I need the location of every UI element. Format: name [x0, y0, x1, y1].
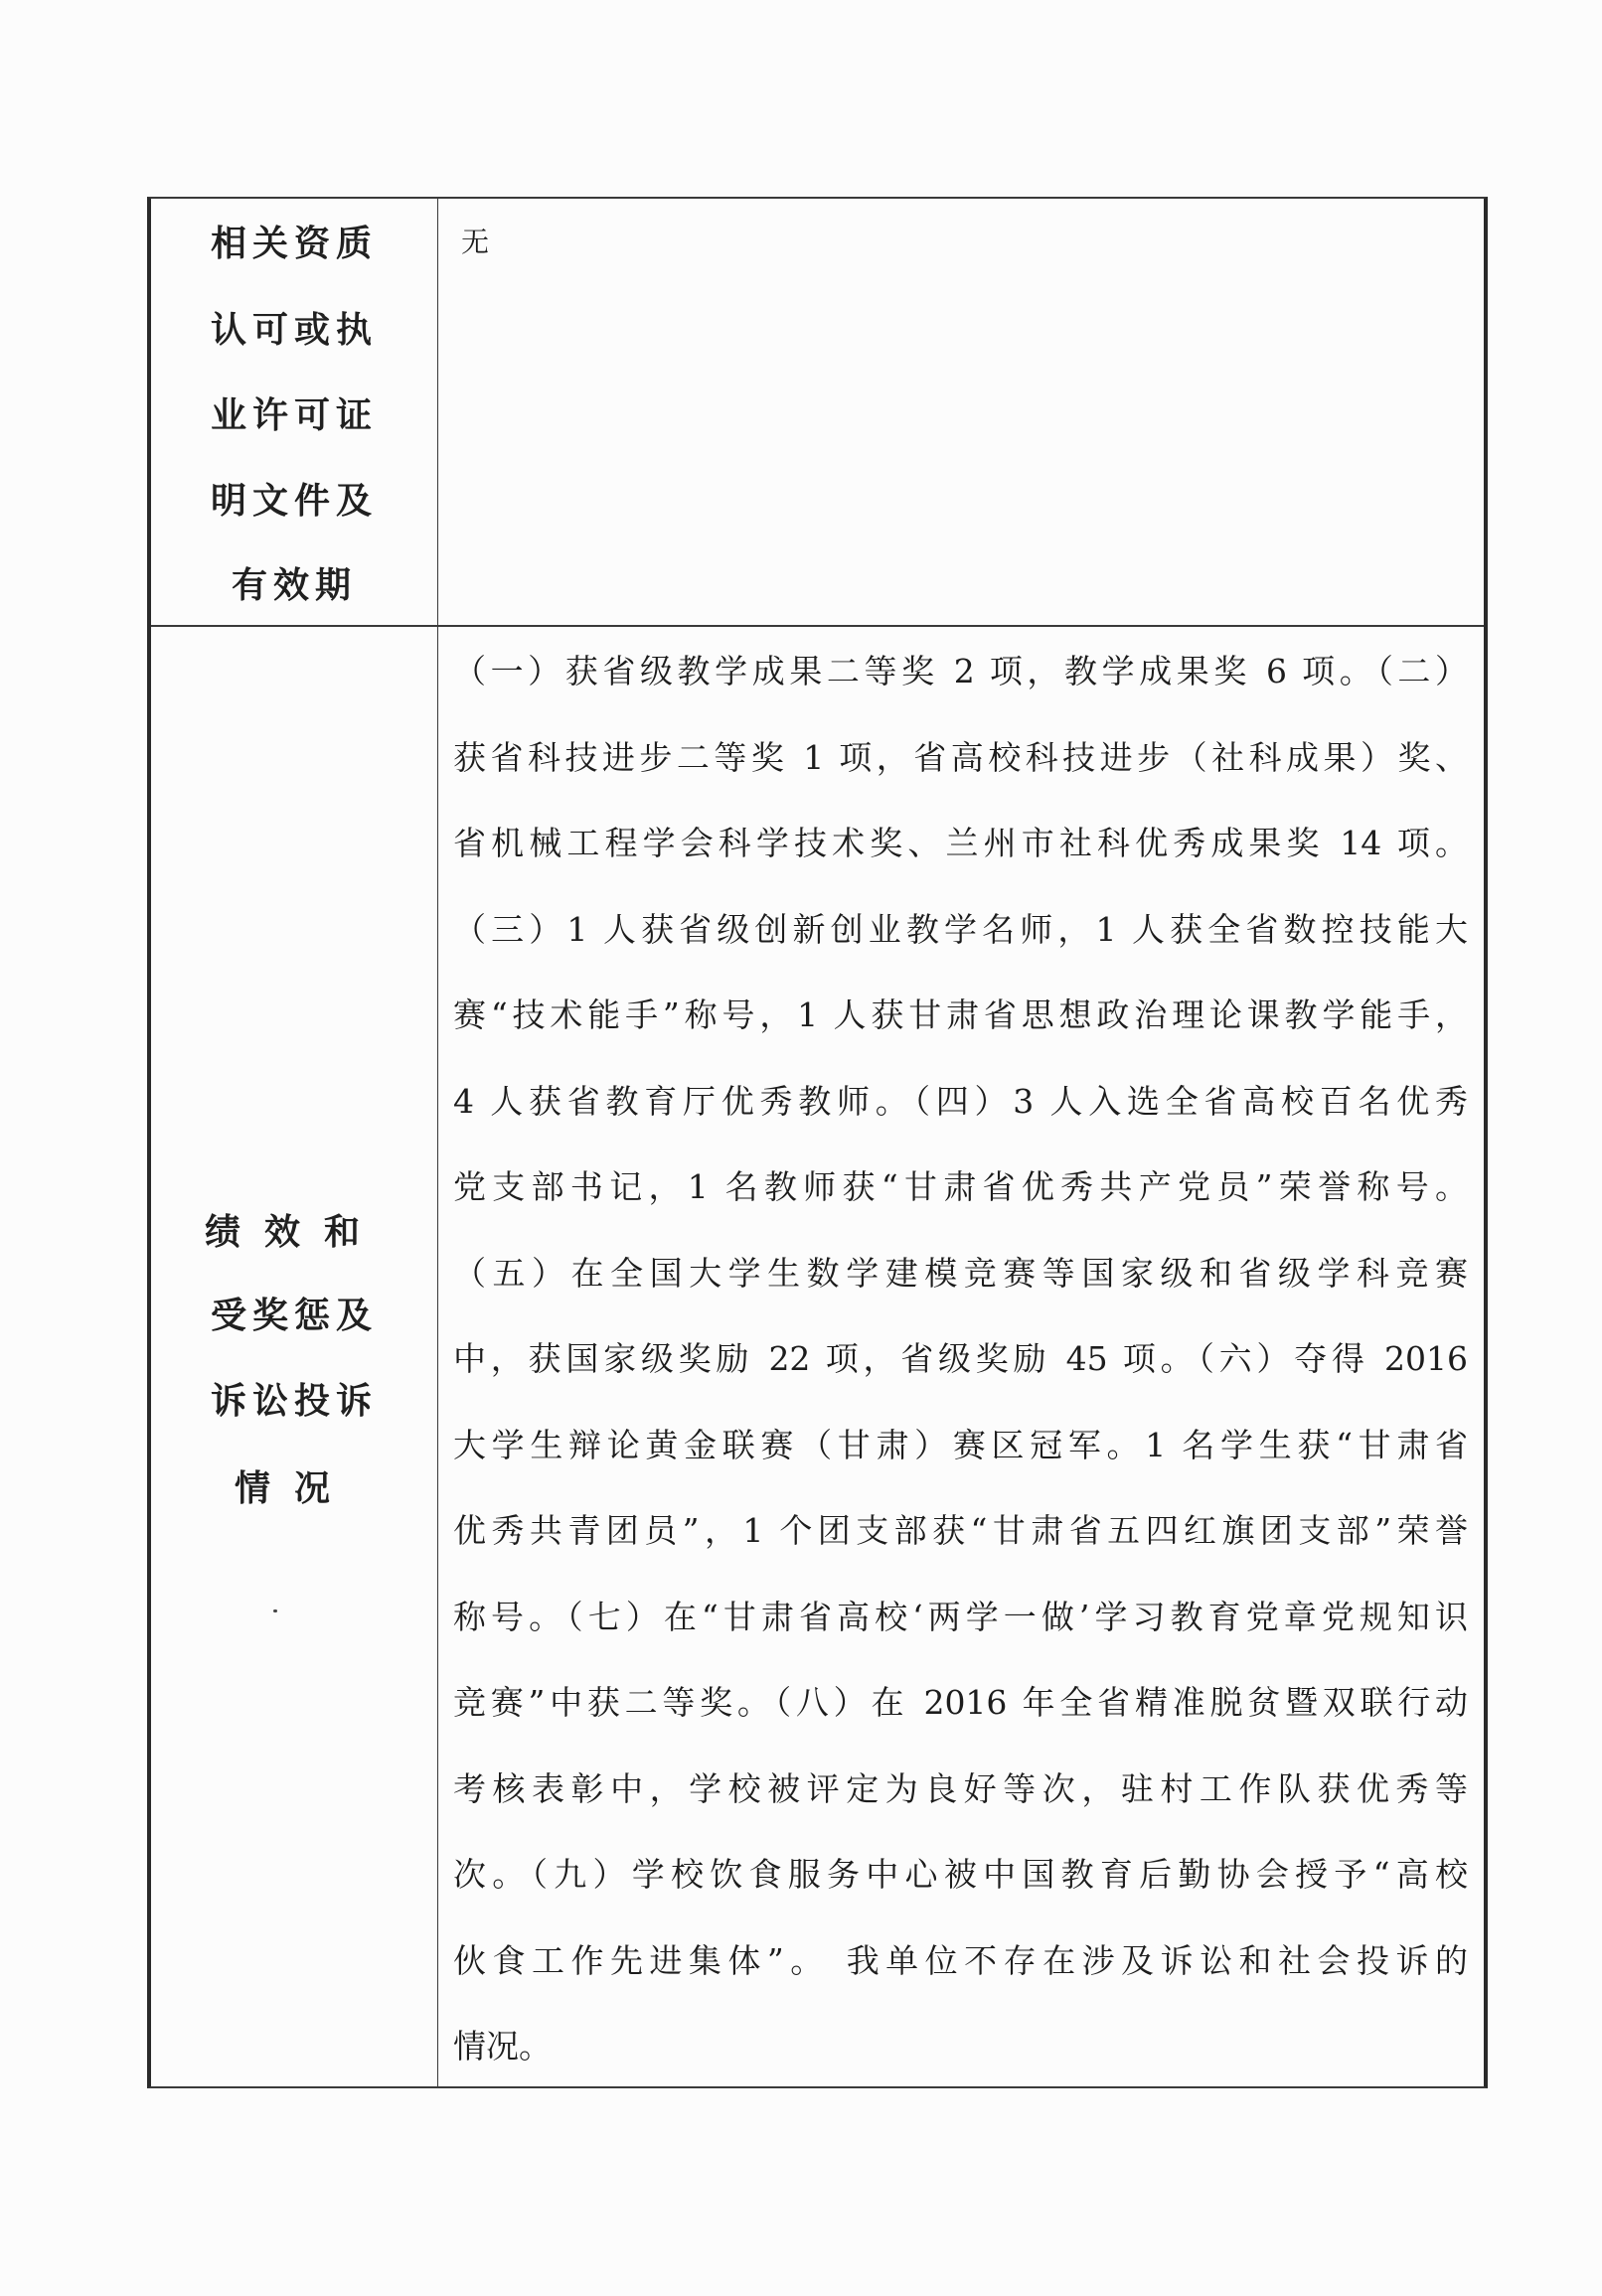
body-line: 大学生辩论黄金联赛（甘肃）赛区冠军。1 名学生获“甘肃省 [453, 1426, 1468, 1465]
body-line: 优秀共青团员”，1 个团支部获“甘肃省五四红旗团支部”荣誉 [453, 1511, 1468, 1551]
body-line: 竞赛”中获二等奖。（八）在 2016 年全省精准脱贫暨双联行动 [453, 1683, 1468, 1723]
body-line: 中，获国家级奖励 22 项，省级奖励 45 项。（六）夺得 2016 [453, 1339, 1468, 1379]
body-line: 赛“技术能手”称号，1 人获甘肃省思想政治理论课教学能手， [453, 995, 1468, 1035]
label-line: 相关资质 [151, 224, 437, 263]
label-line: 明文件及 [151, 481, 437, 521]
info-table: 相关资质 认可或执 业许可证 明文件及 有效期 无 绩效和 受奖惩及 诉讼投诉 … [147, 197, 1488, 2088]
body-line: 党支部书记，1 名教师获“甘肃省优秀共产党员”荣誉称号。 [453, 1167, 1468, 1207]
body-line: 称号。（七）在“甘肃省高校‘两学一做’学习教育党章党规知识 [453, 1598, 1468, 1637]
body-line: （三）1 人获省级创新创业教学名师，1 人获全省数控技能大 [453, 910, 1468, 950]
body-line: 考核表彰中，学校被评定为良好等次，驻村工作队获优秀等 [453, 1769, 1468, 1809]
content-cell-qualifications: 无 [439, 199, 1484, 625]
label-line: 情况 [151, 1468, 437, 1508]
body-line: 获省科技进步二等奖 1 项，省高校科技进步（社科成果）奖、 [453, 738, 1468, 778]
label-line: 有效期 [151, 565, 437, 605]
content-cell-performance: （一）获省级教学成果二等奖 2 项，教学成果奖 6 项。（二） 获省科技进步二等… [439, 627, 1484, 2086]
body-line: 4 人获省教育厅优秀教师。（四）3 人入选全省高校百名优秀 [453, 1082, 1468, 1122]
body-line: （一）获省级教学成果二等奖 2 项，教学成果奖 6 项。（二） [453, 652, 1468, 691]
scan-speck [273, 1609, 277, 1612]
label-line: 绩效和 [151, 1212, 437, 1252]
document-page: 相关资质 认可或执 业许可证 明文件及 有效期 无 绩效和 受奖惩及 诉讼投诉 … [0, 0, 1602, 2296]
body-line: 情况。 [453, 2027, 1468, 2066]
table-row-qualifications: 相关资质 认可或执 业许可证 明文件及 有效期 无 [151, 199, 1484, 627]
label-line: 认可或执 [151, 310, 437, 350]
body-line: 次。（九）学校饮食服务中心被中国教育后勤协会授予“高校 [453, 1855, 1468, 1895]
label-line: 受奖惩及 [151, 1296, 437, 1335]
label-cell-performance: 绩效和 受奖惩及 诉讼投诉 情况 [151, 627, 438, 2086]
label-line: 诉讼投诉 [151, 1381, 437, 1421]
body-line: 伙食工作先进集体”。 我单位不存在涉及诉讼和社会投诉的 [453, 1941, 1468, 1981]
qualifications-value: 无 [461, 227, 489, 258]
body-line: 省机械工程学会科学技术奖、兰州市社科优秀成果奖 14 项。 [453, 824, 1468, 863]
label-line: 业许可证 [151, 395, 437, 435]
label-cell-qualifications: 相关资质 认可或执 业许可证 明文件及 有效期 [151, 199, 438, 625]
body-line: （五）在全国大学生数学建模竞赛等国家级和省级学科竞赛 [453, 1254, 1468, 1294]
table-row-performance: 绩效和 受奖惩及 诉讼投诉 情况 （一）获省级教学成果二等奖 2 项，教学成果奖… [151, 627, 1484, 2086]
